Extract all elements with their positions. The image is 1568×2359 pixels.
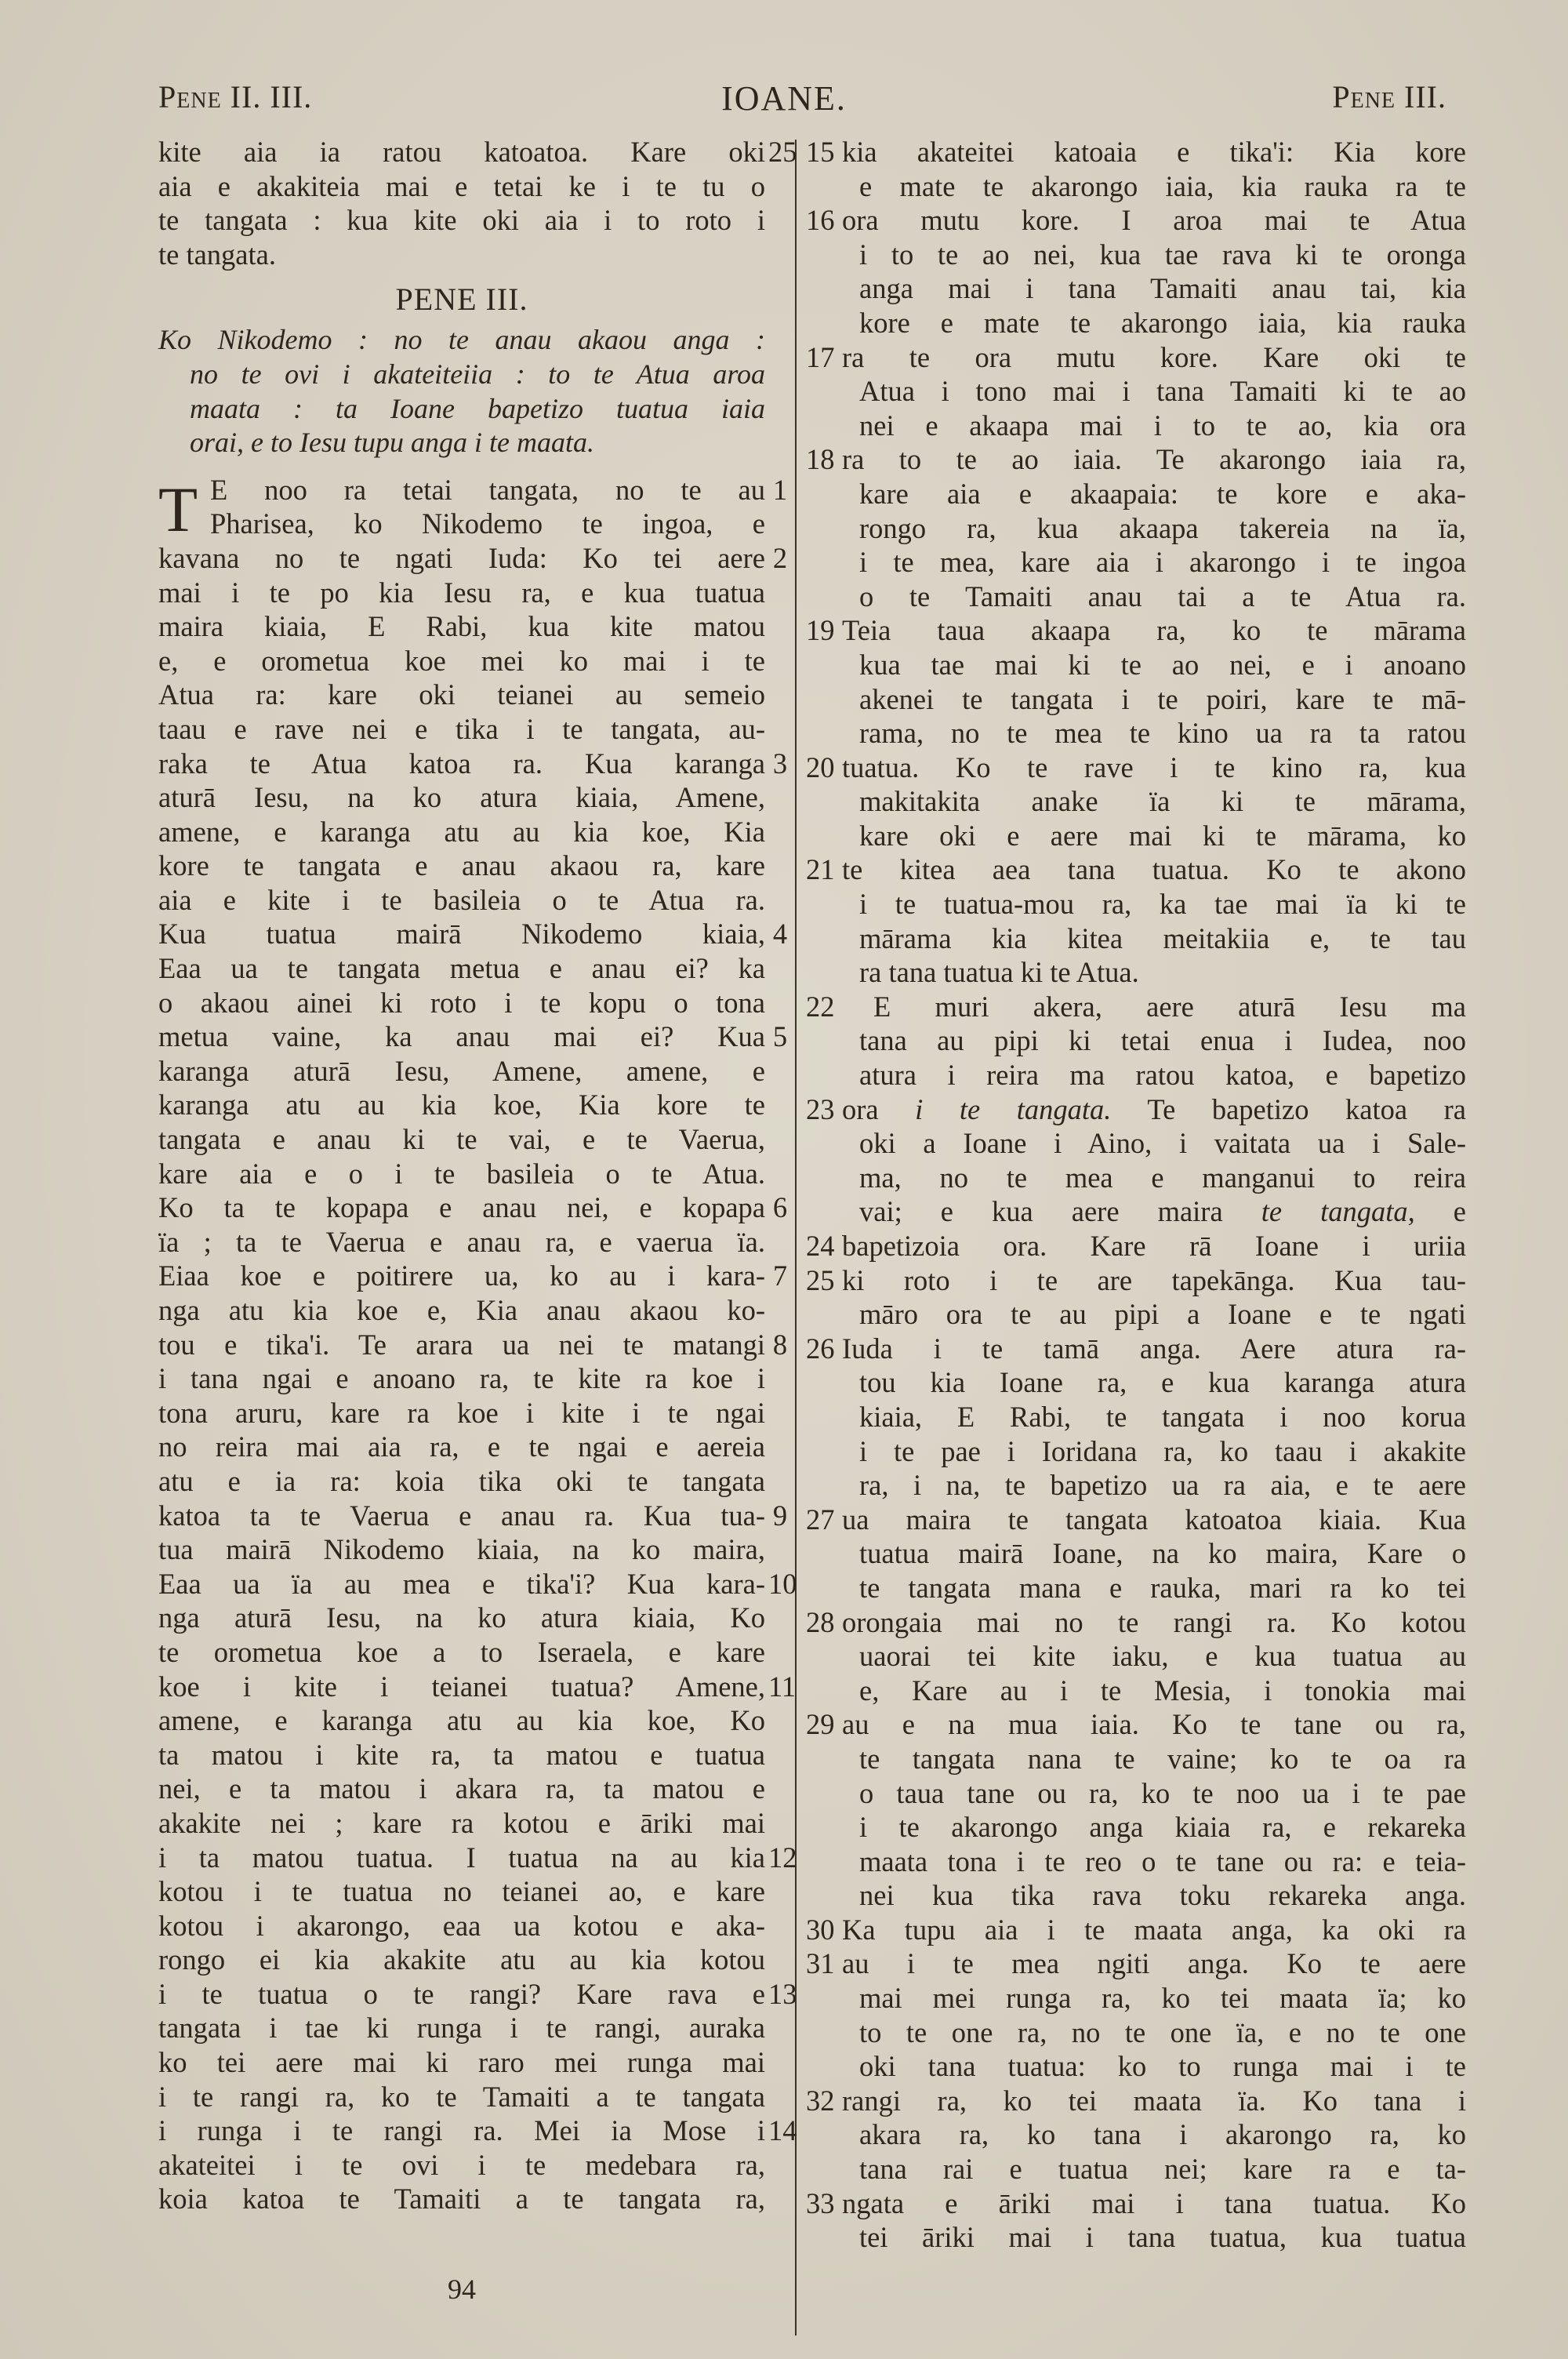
line-text: kua tae mai ki te ao nei, e i anoano	[859, 648, 1466, 682]
line-text: ngata e āriki mai i tana tuatua. Ko	[842, 2186, 1466, 2221]
text-line: e, Kare au i te Mesia, i tonokia mai	[806, 1674, 1465, 1708]
line-text: te orometua koe a to Iseraela, e kare	[158, 1635, 765, 1670]
text-line: 15kia akateitei katoaia e tika'i: Kia ko…	[806, 135, 1465, 169]
line-text: e, e orometua koe mei ko mai i te	[158, 644, 765, 678]
text-line: kotou i akarongo, eaa ua kotou e aka-	[158, 1909, 786, 1943]
text-line: te tangata mana e rauka, mari ra ko tei	[806, 1571, 1465, 1605]
text-line: kavana no te ngati Iuda: Ko tei aere2	[158, 541, 786, 576]
line-text: tou kia Ioane ra, e kua karanga atura	[859, 1365, 1466, 1400]
text-line: e, e orometua koe mei ko mai i te	[158, 644, 786, 678]
line-text: akateitei i te ovi i te medebara ra,	[158, 2148, 765, 2183]
line-text: te tangata : kua kite oki aia i to roto …	[158, 203, 765, 238]
line-text: ta matou i kite ra, ta matou e tuatua	[158, 1738, 765, 1772]
text-line: mai mei runga ra, ko tei maata ïa; ko	[806, 1981, 1465, 2016]
text-line: 29au e na mua iaia. Ko te tane ou ra,	[806, 1707, 1465, 1742]
line-text: taau e rave nei e tika i te tangata, au-	[158, 712, 765, 747]
text-line: kore e mate te akarongo iaia, kia rauka	[806, 306, 1465, 340]
line-text: akakite nei ; kare ra kotou e āriki mai	[158, 1806, 765, 1841]
text-line: kua tae mai ki te ao nei, e i anoano	[806, 648, 1465, 682]
text-line: raka te Atua katoa ra. Kua karanga3	[158, 747, 786, 781]
line-text: koia katoa te Tamaiti a te tangata ra,	[158, 2182, 765, 2216]
verse-number: 3	[768, 747, 792, 781]
verse-number: 21	[806, 852, 840, 887]
text-line: akakite nei ; kare ra kotou e āriki mai	[158, 1806, 786, 1841]
text-line: ra tana tuatua ki te Atua.	[806, 955, 1465, 990]
verse-number: 11	[768, 1670, 792, 1704]
line-text: kavana no te ngati Iuda: Ko tei aere	[158, 541, 765, 576]
running-header: Pene II. III. IOANE. Pene III.	[0, 78, 1568, 125]
text-line: Eiaa koe e poitirere ua, ko au i kara-7	[158, 1259, 786, 1293]
text-line: te tangata nana te vaine; ko te oa ra	[806, 1742, 1465, 1776]
verse-number: 15	[806, 135, 840, 169]
text-line: aia e akakiteia mai e tetai ke i te tu o	[158, 169, 786, 204]
line-text: tuatua. Ko te rave i te kino ra, kua	[842, 751, 1466, 785]
line-text: orongaia mai no te rangi ra. Ko kotou	[842, 1605, 1466, 1640]
line-text-roman: Te bapetizo katoa ra	[1111, 1093, 1466, 1125]
line-text: ra te ora mutu kore. Kare oki te	[842, 340, 1466, 375]
verse-number: 33	[806, 2186, 840, 2221]
line-text: akenei te tangata i te poiri, kare te mā…	[859, 682, 1466, 717]
text-line: 22E muri akera, aere aturā Iesu ma	[806, 990, 1465, 1024]
text-line: ta matou i kite ra, ta matou e tuatua	[158, 1738, 786, 1772]
line-text: tangata e anau ki te vai, e te Vaerua,	[158, 1122, 765, 1157]
line-text: karanga atu au kia koe, Kia kore te	[158, 1088, 765, 1122]
right-column: 15kia akateitei katoaia e tika'i: Kia ko…	[806, 135, 1465, 2255]
line-text: tangata i tae ki runga i te rangi, aurak…	[158, 2011, 765, 2045]
line-text: nei, e ta matou i akara ra, ta matou e	[158, 1772, 765, 1806]
line-text: makitakita anake ïa ki te mārama,	[859, 784, 1466, 819]
text-line: Atua ra: kare oki teianei au semeio	[158, 678, 786, 712]
line-text: rongo ei kia akakite atu au kia kotou	[158, 1943, 765, 1977]
line-text: i te tuatua o te rangi? Kare rava e	[158, 1977, 765, 2012]
line-text: i tana ngai e anoano ra, te kite ra koe …	[158, 1361, 765, 1396]
line-text: nei e akaapa mai i to te ao, kia ora	[859, 409, 1466, 443]
line-text: aia e akakiteia mai e tetai ke i te tu o	[158, 169, 765, 204]
chapter-2-continuation: kite aia ia ratou katoatoa. Kare oki25ai…	[158, 135, 786, 271]
text-line: koe i kite i teianei tuatua? Amene,11	[158, 1670, 786, 1704]
line-text: atu e ia ra: koia tika oki te tangata	[158, 1464, 765, 1499]
text-line: no reira mai aia ra, e te ngai e aereia	[158, 1430, 786, 1464]
text-line: vai; e kua aere maira te tangata, e	[806, 1194, 1465, 1229]
text-line: te tangata.	[158, 238, 786, 272]
line-text: kia akateitei katoaia e tika'i: Kia kore	[842, 135, 1466, 169]
line-text: karanga aturā Iesu, Amene, amene, e	[158, 1054, 765, 1089]
line-text: ko tei aere mai ki raro mei runga mai	[158, 2045, 765, 2080]
line-text: tuatua mairā Ioane, na ko maira, Kare o	[859, 1536, 1466, 1571]
text-line: karanga atu au kia koe, Kia kore te	[158, 1088, 786, 1122]
line-text: o taua tane ou ra, ko te noo ua i te pae	[859, 1776, 1466, 1811]
text-line: ra, i na, te bapetizo ua ra aia, e te ae…	[806, 1468, 1465, 1503]
text-line: ïa ; ta te Vaerua e anau ra, e vaerua ïa…	[158, 1225, 786, 1259]
text-line: Eaa ua ïa au mea e tika'i? Kua kara-10	[158, 1567, 786, 1601]
text-line: nga atu kia koe e, Kia anau akaou ko-	[158, 1293, 786, 1328]
verse-number: 7	[768, 1259, 792, 1293]
line-text: bapetizoia ora. Kare rā Ioane i uriia	[842, 1229, 1466, 1263]
verse-number: 4	[768, 917, 792, 951]
chapter-heading: PENE III.	[158, 271, 765, 323]
text-line: 21te kitea aea tana tuatua. Ko te akono	[806, 852, 1465, 887]
chapter-3-text: TE noo ra tetai tangata, no te au1Pharis…	[158, 473, 786, 2216]
line-text: nga aturā Iesu, na ko atura kiaia, Ko	[158, 1601, 765, 1635]
line-text: i to te ao nei, kua tae rava ki te orong…	[859, 238, 1466, 272]
text-line: i te akarongo anga kiaia ra, e rekareka	[806, 1810, 1465, 1845]
line-text-roman: e	[1415, 1195, 1466, 1227]
text-line: e mate te akarongo iaia, kia rauka ra te	[806, 169, 1465, 204]
line-text: kore e mate te akarongo iaia, kia rauka	[859, 306, 1466, 340]
line-text: tou e tika'i. Te arara ua nei te matangi	[158, 1328, 765, 1362]
verse-number: 20	[806, 751, 840, 785]
verse-number: 27	[806, 1503, 840, 1537]
text-line: atu e ia ra: koia tika oki te tangata	[158, 1464, 786, 1499]
text-line: Eaa ua te tangata metua e anau ei? ka	[158, 951, 786, 986]
verse-number: 25	[806, 1263, 840, 1298]
line-text: i runga i te rangi ra. Mei ia Mose i	[158, 2114, 765, 2148]
left-column: kite aia ia ratou katoatoa. Kare oki25ai…	[158, 135, 786, 2216]
verse-number: 17	[806, 340, 840, 375]
line-text: ora i te tangata. Te bapetizo katoa ra	[842, 1092, 1466, 1127]
line-text: e, Kare au i te Mesia, i tonokia mai	[859, 1674, 1466, 1708]
line-text: Iuda i te tamā anga. Aere atura ra-	[842, 1332, 1466, 1366]
text-line: kare oki e aere mai ki te mārama, ko	[806, 819, 1465, 853]
line-text: ïa ; ta te Vaerua e anau ra, e vaerua ïa…	[158, 1225, 765, 1259]
text-line: nei kua tika rava toku rekareka anga.	[806, 1878, 1465, 1913]
line-text: kiaia, E Rabi, te tangata i noo korua	[859, 1400, 1466, 1434]
text-line: mai i te po kia Iesu ra, e kua tuatua	[158, 576, 786, 610]
text-line: oki tana tuatua: ko to runga mai i te	[806, 2049, 1465, 2084]
text-line: akara ra, ko tana i akarongo ra, ko	[806, 2117, 1465, 2152]
verse-number: 23	[806, 1092, 840, 1127]
text-line: 32rangi ra, ko tei maata ïa. Ko tana i	[806, 2084, 1465, 2118]
verse-number: 19	[806, 613, 840, 648]
text-line: kare aia e akaapaia: te kore e aka-	[806, 477, 1465, 511]
line-text: raka te Atua katoa ra. Kua karanga	[158, 747, 765, 781]
line-text: i ta matou tuatua. I tuatua na au kia	[158, 1841, 765, 1875]
line-text: maira kiaia, E Rabi, kua kite matou	[158, 609, 765, 644]
chapter-summary: Ko Nikodemo : no te anau akaou anga :no …	[158, 323, 765, 460]
line-text: ra to te ao iaia. Te akarongo iaia ra,	[842, 442, 1466, 477]
text-line: karanga aturā Iesu, Amene, amene, e	[158, 1054, 786, 1089]
text-line: i te tuatua-mou ra, ka tae mai ïa ki te	[806, 887, 1465, 921]
line-text: i te pae i Ioridana ra, ko taau i akakit…	[859, 1434, 1466, 1469]
line-text: oki tana tuatua: ko to runga mai i te	[859, 2049, 1466, 2084]
text-line: 25ki roto i te are tapekānga. Kua tau-	[806, 1263, 1465, 1298]
line-text: mārama kia kitea meitakiia e, te tau	[859, 921, 1466, 956]
line-text: anga mai i tana Tamaiti anau tai, kia	[859, 271, 1466, 306]
line-text: Teia taua akaapa ra, ko te mārama	[842, 613, 1466, 648]
text-line: tana au pipi ki tetai enua i Iudea, noo	[806, 1023, 1465, 1058]
text-line: 26Iuda i te tamā anga. Aere atura ra-	[806, 1332, 1465, 1366]
line-text-roman: ora	[842, 1093, 915, 1125]
line-text: ua maira te tangata katoatoa kiaia. Kua	[842, 1503, 1466, 1537]
text-line: i te tuatua o te rangi? Kare rava e13	[158, 1977, 786, 2012]
line-text: i te tuatua-mou ra, ka tae mai ïa ki te	[859, 887, 1466, 921]
text-line: i runga i te rangi ra. Mei ia Mose i14	[158, 2114, 786, 2148]
text-line: o akaou ainei ki roto i te kopu o tona	[158, 986, 786, 1020]
text-line: uaorai tei kite iaku, e kua tuatua au	[806, 1639, 1465, 1674]
line-text: metua vaine, ka anau mai ei? Kua	[158, 1020, 765, 1054]
summary-line: no te ovi i akateiteiia : to te Atua aro…	[158, 358, 765, 392]
line-text: aia e kite i te basileia o te Atua ra.	[158, 883, 765, 918]
text-line: tana rai e tuatua nei; kare ra e ta-	[806, 2152, 1465, 2186]
line-text: vai; e kua aere maira te tangata, e	[859, 1194, 1466, 1229]
text-line: akateitei i te ovi i te medebara ra,	[158, 2148, 786, 2183]
line-text: ra, i na, te bapetizo ua ra aia, e te ae…	[859, 1468, 1466, 1503]
line-text: Eiaa koe e poitirere ua, ko au i kara-	[158, 1259, 765, 1293]
text-line: oki a Ioane i Aino, i vaitata ua i Sale-	[806, 1126, 1465, 1161]
line-text: i te rangi ra, ko te Tamaiti a te tangat…	[158, 2080, 765, 2114]
text-line: Pharisea, ko Nikodemo te ingoa, e	[158, 507, 786, 541]
text-line: 18ra to te ao iaia. Te akarongo iaia ra,	[806, 442, 1465, 477]
line-text: tana au pipi ki tetai enua i Iudea, noo	[859, 1023, 1466, 1058]
text-line: tuatua mairā Ioane, na ko maira, Kare o	[806, 1536, 1465, 1571]
text-line: 19Teia taua akaapa ra, ko te mārama	[806, 613, 1465, 648]
line-text: i te akarongo anga kiaia ra, e rekareka	[859, 1810, 1466, 1845]
verse-number: 16	[806, 203, 840, 238]
line-text: aturā Iesu, na ko atura kiaia, Amene,	[158, 780, 765, 815]
text-line: 17ra te ora mutu kore. Kare oki te	[806, 340, 1465, 375]
line-text: nei kua tika rava toku rekareka anga.	[859, 1878, 1466, 1913]
text-line: atura i reira ma ratou katoa, e bapetizo	[806, 1058, 1465, 1092]
line-text: rangi ra, ko tei maata ïa. Ko tana i	[842, 2084, 1466, 2118]
text-line: nei, e ta matou i akara ra, ta matou e	[158, 1772, 786, 1806]
text-line: 23ora i te tangata. Te bapetizo katoa ra	[806, 1092, 1465, 1127]
text-line: nga aturā Iesu, na ko atura kiaia, Ko	[158, 1601, 786, 1635]
line-text: te tangata nana te vaine; ko te oa ra	[859, 1742, 1466, 1776]
text-line: māro ora te au pipi a Ioane e te ngati	[806, 1297, 1465, 1332]
line-text: koe i kite i teianei tuatua? Amene,	[158, 1670, 765, 1704]
text-line: ma, no te mea e manganui to reira	[806, 1161, 1465, 1195]
line-text: mai i te po kia Iesu ra, e kua tuatua	[158, 576, 765, 610]
line-text: Atua ra: kare oki teianei au semeio	[158, 678, 765, 712]
text-line: kite aia ia ratou katoatoa. Kare oki25	[158, 135, 786, 169]
line-text: kare aia e o i te basileia o te Atua.	[158, 1157, 765, 1191]
line-text: oki a Ioane i Aino, i vaitata ua i Sale-	[859, 1126, 1466, 1161]
text-line: tangata e anau ki te vai, e te Vaerua,	[158, 1122, 786, 1157]
header-chapter-right: Pene III.	[1332, 78, 1446, 115]
text-line: TE noo ra tetai tangata, no te au1	[158, 473, 786, 507]
text-line: o te Tamaiti anau tai a te Atua ra.	[806, 580, 1465, 614]
text-line: i tana ngai e anoano ra, te kite ra koe …	[158, 1361, 786, 1396]
text-line: i ta matou tuatua. I tuatua na au kia12	[158, 1841, 786, 1875]
text-line: aturā Iesu, na ko atura kiaia, Amene,	[158, 780, 786, 815]
summary-line: Ko Nikodemo : no te anau akaou anga :	[158, 323, 765, 358]
verse-number: 31	[806, 1946, 840, 1981]
line-text: kore te tangata e anau akaou ra, kare	[158, 849, 765, 883]
text-line: taau e rave nei e tika i te tangata, au-	[158, 712, 786, 747]
line-text: Ka tupu aia i te maata anga, ka oki ra	[842, 1913, 1466, 1947]
line-text: o te Tamaiti anau tai a te Atua ra.	[859, 580, 1466, 614]
line-text: tua mairā Nikodemo kiaia, na ko maira,	[158, 1532, 765, 1567]
verse-number: 12	[768, 1841, 792, 1875]
text-line: tona aruru, kare ra koe i kite i te ngai	[158, 1396, 786, 1430]
text-line: to te one ra, no te one ïa, e no te one	[806, 2016, 1465, 2050]
text-line: metua vaine, ka anau mai ei? Kua5	[158, 1020, 786, 1054]
line-text: o akaou ainei ki roto i te kopu o tona	[158, 986, 765, 1020]
text-line: kore te tangata e anau akaou ra, kare	[158, 849, 786, 883]
verse-number: 9	[768, 1499, 792, 1533]
text-line: 24bapetizoia ora. Kare rā Ioane i uriia	[806, 1229, 1465, 1263]
text-line: te orometua koe a to Iseraela, e kare	[158, 1635, 786, 1670]
line-text: tei āriki mai i tana tuatua, kua tuatua	[859, 2220, 1466, 2255]
line-text: no reira mai aia ra, e te ngai e aereia	[158, 1430, 765, 1464]
text-line: i te mea, kare aia i akarongo i te ingoa	[806, 545, 1465, 580]
line-text: Eaa ua te tangata metua e anau ei? ka	[158, 951, 765, 986]
text-line: 28orongaia mai no te rangi ra. Ko kotou	[806, 1605, 1465, 1640]
text-line: tei āriki mai i tana tuatua, kua tuatua	[806, 2220, 1465, 2255]
line-text: tana rai e tuatua nei; kare ra e ta-	[859, 2152, 1466, 2186]
line-text: ma, no te mea e manganui to reira	[859, 1161, 1466, 1195]
verse-number: 2	[768, 541, 792, 576]
line-text: akara ra, ko tana i akarongo ra, ko	[859, 2117, 1466, 2152]
line-text: kotou i te tuatua no teianei ao, e kare	[158, 1874, 765, 1909]
line-text: Eaa ua ïa au mea e tika'i? Kua kara-	[158, 1567, 765, 1601]
text-line: rongo ra, kua akaapa takereia na ïa,	[806, 511, 1465, 546]
verse-number: 24	[806, 1229, 840, 1263]
text-line: aia e kite i te basileia o te Atua ra.	[158, 883, 786, 918]
verse-number: 8	[768, 1328, 792, 1362]
verse-number: 28	[806, 1605, 840, 1640]
page-number: 94	[158, 2273, 765, 2306]
line-text: Pharisea, ko Nikodemo te ingoa, e	[158, 507, 765, 541]
line-text: E noo ra tetai tangata, no te au	[158, 473, 765, 507]
text-line: nei e akaapa mai i to te ao, kia ora	[806, 409, 1465, 443]
line-text: mai mei runga ra, ko tei maata ïa; ko	[859, 1981, 1466, 2016]
verse-number: 10	[768, 1567, 792, 1601]
line-text: te tangata mana e rauka, mari ra ko tei	[859, 1571, 1466, 1605]
line-text: au i te mea ngiti anga. Ko te aere	[842, 1946, 1466, 1981]
text-line: i te pae i Ioridana ra, ko taau i akakit…	[806, 1434, 1465, 1469]
verse-number: 22	[806, 990, 840, 1024]
line-text: te kitea aea tana tuatua. Ko te akono	[842, 852, 1466, 887]
text-line: i te rangi ra, ko te Tamaiti a te tangat…	[158, 2080, 786, 2114]
line-text: amene, e karanga atu au kia koe, Ko	[158, 1703, 765, 1738]
text-line: 20tuatua. Ko te rave i te kino ra, kua	[806, 751, 1465, 785]
line-text: rongo ra, kua akaapa takereia na ïa,	[859, 511, 1466, 546]
text-line: o taua tane ou ra, ko te noo ua i te pae	[806, 1776, 1465, 1811]
line-text: māro ora te au pipi a Ioane e te ngati	[859, 1297, 1466, 1332]
line-text: amene, e karanga atu au kia koe, Kia	[158, 815, 765, 849]
line-text-italic: te tangata,	[1261, 1195, 1415, 1227]
verse-number: 14	[768, 2114, 792, 2148]
text-line: koia katoa te Tamaiti a te tangata ra,	[158, 2182, 786, 2216]
summary-line: orai, e to Iesu tupu anga i te maata.	[158, 426, 765, 460]
line-text: kare oki e aere mai ki te mārama, ko	[859, 819, 1466, 853]
spacer	[158, 460, 786, 473]
text-line: 16ora mutu kore. I aroa mai te Atua	[806, 203, 1465, 238]
text-line: rongo ei kia akakite atu au kia kotou	[158, 1943, 786, 1977]
text-line: rama, no te mea te kino ua ra ta ratou	[806, 716, 1465, 751]
line-text: E muri akera, aere aturā Iesu ma	[842, 990, 1466, 1024]
text-line: mārama kia kitea meitakiia e, te tau	[806, 921, 1465, 956]
line-text: ki roto i te are tapekānga. Kua tau-	[842, 1263, 1466, 1298]
line-text: Atua i tono mai i tana Tamaiti ki te ao	[859, 374, 1466, 409]
line-text: e mate te akarongo iaia, kia rauka ra te	[859, 169, 1466, 204]
text-line: ko tei aere mai ki raro mei runga mai	[158, 2045, 786, 2080]
verse-number: 25	[768, 135, 792, 169]
verse-number: 32	[806, 2084, 840, 2118]
line-text: kotou i akarongo, eaa ua kotou e aka-	[158, 1909, 765, 1943]
verse-number: 1	[768, 473, 792, 507]
line-text: kite aia ia ratou katoatoa. Kare oki	[158, 135, 765, 169]
text-line: amene, e karanga atu au kia koe, Kia	[158, 815, 786, 849]
text-line: katoa ta te Vaerua e anau ra. Kua tua-9	[158, 1499, 786, 1533]
text-line: kare aia e o i te basileia o te Atua.	[158, 1157, 786, 1191]
text-line: tua mairā Nikodemo kiaia, na ko maira,	[158, 1532, 786, 1567]
verse-number: 30	[806, 1913, 840, 1947]
text-line: 33ngata e āriki mai i tana tuatua. Ko	[806, 2186, 1465, 2221]
line-text: Ko ta te kopapa e anau nei, e kopapa	[158, 1190, 765, 1225]
line-text: ra tana tuatua ki te Atua.	[859, 955, 1466, 990]
line-text-italic: i te tangata.	[915, 1093, 1111, 1125]
line-text: maata tona i te reo o te tane ou ra: e t…	[859, 1845, 1466, 1879]
text-line: i to te ao nei, kua tae rava ki te orong…	[806, 238, 1465, 272]
line-text: to te one ra, no te one ïa, e no te one	[859, 2016, 1466, 2050]
text-line: maata tona i te reo o te tane ou ra: e t…	[806, 1845, 1465, 1879]
text-line: Atua i tono mai i tana Tamaiti ki te ao	[806, 374, 1465, 409]
line-text: rama, no te mea te kino ua ra ta ratou	[859, 716, 1466, 751]
line-text: tona aruru, kare ra koe i kite i te ngai	[158, 1396, 765, 1430]
text-line: Kua tuatua mairā Nikodemo kiaia,4	[158, 917, 786, 951]
verse-number: 5	[768, 1020, 792, 1054]
verse-number: 13	[768, 1977, 792, 2012]
line-text: katoa ta te Vaerua e anau ra. Kua tua-	[158, 1499, 765, 1533]
text-line: tou e tika'i. Te arara ua nei te matangi…	[158, 1328, 786, 1362]
text-line: te tangata : kua kite oki aia i to roto …	[158, 203, 786, 238]
line-text: nga atu kia koe e, Kia anau akaou ko-	[158, 1293, 765, 1328]
text-line: kotou i te tuatua no teianei ao, e kare	[158, 1874, 786, 1909]
line-text: kare aia e akaapaia: te kore e aka-	[859, 477, 1466, 511]
text-line: 30Ka tupu aia i te maata anga, ka oki ra	[806, 1913, 1465, 1947]
text-line: kiaia, E Rabi, te tangata i noo korua	[806, 1400, 1465, 1434]
text-line: 31au i te mea ngiti anga. Ko te aere	[806, 1946, 1465, 1981]
line-text: uaorai tei kite iaku, e kua tuatua au	[859, 1639, 1466, 1674]
text-line: akenei te tangata i te poiri, kare te mā…	[806, 682, 1465, 717]
verse-number: 29	[806, 1707, 840, 1742]
line-text-roman: vai; e kua aere maira	[859, 1195, 1261, 1227]
line-text: atura i reira ma ratou katoa, e bapetizo	[859, 1058, 1466, 1092]
line-text: Kua tuatua mairā Nikodemo kiaia,	[158, 917, 765, 951]
line-text: ora mutu kore. I aroa mai te Atua	[842, 203, 1466, 238]
text-line: maira kiaia, E Rabi, kua kite matou	[158, 609, 786, 644]
verse-number: 18	[806, 442, 840, 477]
text-line: amene, e karanga atu au kia koe, Ko	[158, 1703, 786, 1738]
line-text: au e na mua iaia. Ko te tane ou ra,	[842, 1707, 1466, 1742]
text-line: 27ua maira te tangata katoatoa kiaia. Ku…	[806, 1503, 1465, 1537]
line-text: te tangata.	[158, 238, 765, 272]
text-line: tangata i tae ki runga i te rangi, aurak…	[158, 2011, 786, 2045]
text-line: makitakita anake ïa ki te mārama,	[806, 784, 1465, 819]
summary-line: maata : ta Ioane bapetizo tuatua iaia	[158, 392, 765, 427]
text-line: tou kia Ioane ra, e kua karanga atura	[806, 1365, 1465, 1400]
verse-number: 26	[806, 1332, 840, 1366]
text-line: Ko ta te kopapa e anau nei, e kopapa6	[158, 1190, 786, 1225]
text-line: anga mai i tana Tamaiti anau tai, kia	[806, 271, 1465, 306]
verse-number: 6	[768, 1190, 792, 1225]
line-text: i te mea, kare aia i akarongo i te ingoa	[859, 545, 1466, 580]
